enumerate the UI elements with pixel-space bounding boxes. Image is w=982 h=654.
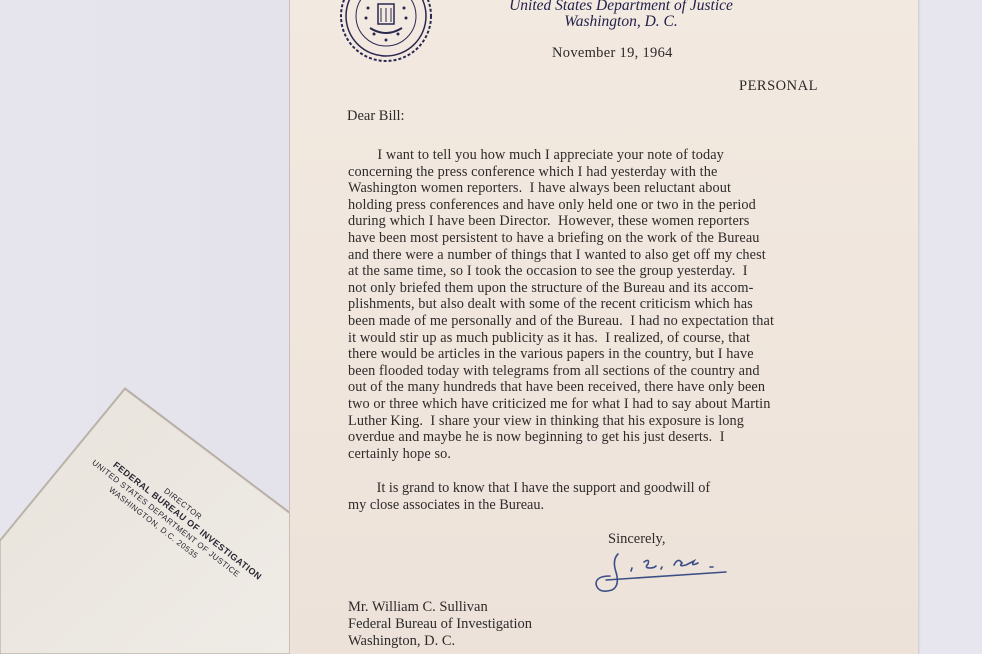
letterhead-department: United States Department of Justice	[490, 0, 752, 14]
recipient-name: Mr. William C. Sullivan	[348, 599, 532, 616]
personal-marking: PERSONAL	[739, 78, 818, 95]
typed-line: concerning the press conference which I …	[348, 164, 888, 181]
fbi-seal-icon	[338, 0, 434, 64]
body-paragraph-2: It is grand to know that I have the supp…	[348, 480, 888, 513]
handwritten-signature-icon	[586, 550, 746, 602]
typed-line: and there were a number of things that I…	[348, 247, 888, 264]
typed-line: have been most persistent to have a brie…	[348, 230, 888, 247]
letter-date: November 19, 1964	[552, 45, 673, 62]
typed-line: certainly hope so.	[348, 446, 888, 463]
closing: Sincerely,	[608, 531, 665, 548]
typed-line: plishments, but also dealt with some of …	[348, 296, 888, 313]
typed-line: been flooded today with telegrams from a…	[348, 363, 888, 380]
typed-line: not only briefed them upon the structure…	[348, 280, 888, 297]
letterhead-city: Washington, D. C.	[490, 14, 752, 30]
letterhead: United States Department of Justice Wash…	[490, 0, 752, 30]
typed-line: it would stir up as much publicity as it…	[348, 330, 888, 347]
typed-line: Washington women reporters. I have alway…	[348, 180, 888, 197]
typed-line: at the same time, so I took the occasion…	[348, 263, 888, 280]
body-paragraph-1: I want to tell you how much I appreciate…	[348, 147, 888, 462]
typed-line: there would be articles in the various p…	[348, 346, 888, 363]
recipient-address: Mr. William C. Sullivan Federal Bureau o…	[348, 599, 532, 650]
typed-line: two or three which have criticized me fo…	[348, 396, 888, 413]
letter-page: United States Department of Justice Wash…	[290, 0, 918, 654]
typed-line: Luther King. I share your view in thinki…	[348, 413, 888, 430]
typed-line: during which I have been Director. Howev…	[348, 213, 888, 230]
typed-line: I want to tell you how much I appreciate…	[348, 147, 888, 164]
recipient-org: Federal Bureau of Investigation	[348, 616, 532, 633]
typed-line: my close associates in the Bureau.	[348, 497, 888, 514]
salutation: Dear Bill:	[347, 108, 405, 125]
recipient-city: Washington, D. C.	[348, 633, 532, 650]
typed-line: out of the many hundreds that have been …	[348, 379, 888, 396]
typed-line: holding press conferences and have only …	[348, 197, 888, 214]
typed-line: been made of me personally and of the Bu…	[348, 313, 888, 330]
typed-line: overdue and maybe he is now beginning to…	[348, 429, 888, 446]
typed-line: It is grand to know that I have the supp…	[348, 480, 888, 497]
